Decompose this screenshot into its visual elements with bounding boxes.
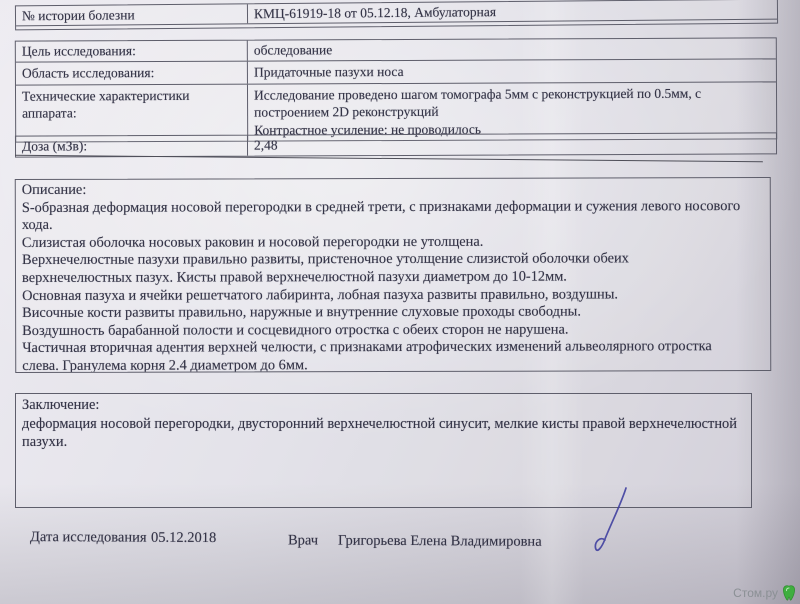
description-line: верхнечелюстных пазух. Кисты правой верх… bbox=[22, 268, 764, 288]
description-line: Частичная вторичная адентия верхней челю… bbox=[22, 338, 764, 358]
description-line: хода. bbox=[22, 215, 764, 235]
dose-value: 2,48 bbox=[248, 133, 776, 155]
study-date-value: 05.12.2018 bbox=[151, 530, 216, 547]
description-line: слева. Гранулема корня 2.4 диаметром до … bbox=[22, 356, 764, 373]
tech-specs-line: построением 2D реконструкций bbox=[254, 102, 772, 122]
tech-specs-line: Исследование проведено шагом томографа 5… bbox=[254, 84, 772, 104]
conclusion-line: пазухи. bbox=[22, 433, 745, 452]
footer: Дата исследования 05.12.2018 Врач Григор… bbox=[0, 529, 800, 557]
study-area-label: Область исследования: bbox=[16, 62, 248, 85]
tooth-icon bbox=[782, 585, 796, 601]
watermark-text: Стом.ру bbox=[733, 586, 778, 600]
dose-table: Доза (мЗв): 2,48 bbox=[15, 132, 777, 157]
study-info-table: Цель исследования: обследование Область … bbox=[15, 37, 777, 142]
description-line: Слизистая оболочка носовых раковин и нос… bbox=[22, 233, 764, 253]
study-goal-label: Цель исследования: bbox=[16, 41, 248, 62]
description-line: S-образная деформация носовой перегородк… bbox=[22, 198, 764, 218]
study-area-value: Придаточные пазухи носа bbox=[248, 59, 776, 83]
description-box: Описание: S-образная деформация носовой … bbox=[15, 177, 772, 373]
dose-label: Доза (мЗв): bbox=[16, 136, 248, 157]
tech-specs-label: Технические характеристики аппарата: bbox=[16, 85, 248, 142]
watermark: Стом.ру bbox=[733, 585, 796, 601]
record-number-value: КМЦ-61919-18 от 05.12.18, Амбулаторная bbox=[248, 0, 777, 23]
description-line: Воздушность барабанной полости и сосцеви… bbox=[22, 321, 764, 341]
conclusion-line: деформация носовой перегородки, двусторо… bbox=[22, 415, 745, 434]
doctor-name: Григорьева Елена Владимировна bbox=[338, 533, 542, 551]
conclusion-title: Заключение: bbox=[22, 396, 745, 415]
study-goal-value: обследование bbox=[248, 38, 776, 60]
conclusion-box: Заключение: деформация носовой перегород… bbox=[15, 393, 752, 508]
description-title: Описание: bbox=[22, 180, 764, 200]
table-row: Область исследования: Придаточные пазухи… bbox=[16, 59, 776, 85]
description-line: Верхнечелюстные пазухи правильно развиты… bbox=[22, 250, 764, 270]
description-line: Височные кости развиты правильно, наружн… bbox=[22, 303, 764, 323]
patient-id-table: № истории болезни КМЦ-61919-18 от 05.12.… bbox=[15, 0, 778, 30]
study-date-label: Дата исследования bbox=[30, 529, 147, 547]
table-row: № истории болезни КМЦ-61919-18 от 05.12.… bbox=[16, 0, 777, 26]
scanned-report-photo: № истории болезни КМЦ-61919-18 от 05.12.… bbox=[0, 0, 800, 604]
doctor-label: Врач bbox=[288, 532, 318, 549]
record-number-label: № истории болезни bbox=[16, 4, 248, 25]
table-row: Доза (мЗв): 2,48 bbox=[16, 133, 776, 156]
description-line: Основная пазуха и ячейки решетчатого лаб… bbox=[22, 286, 764, 306]
